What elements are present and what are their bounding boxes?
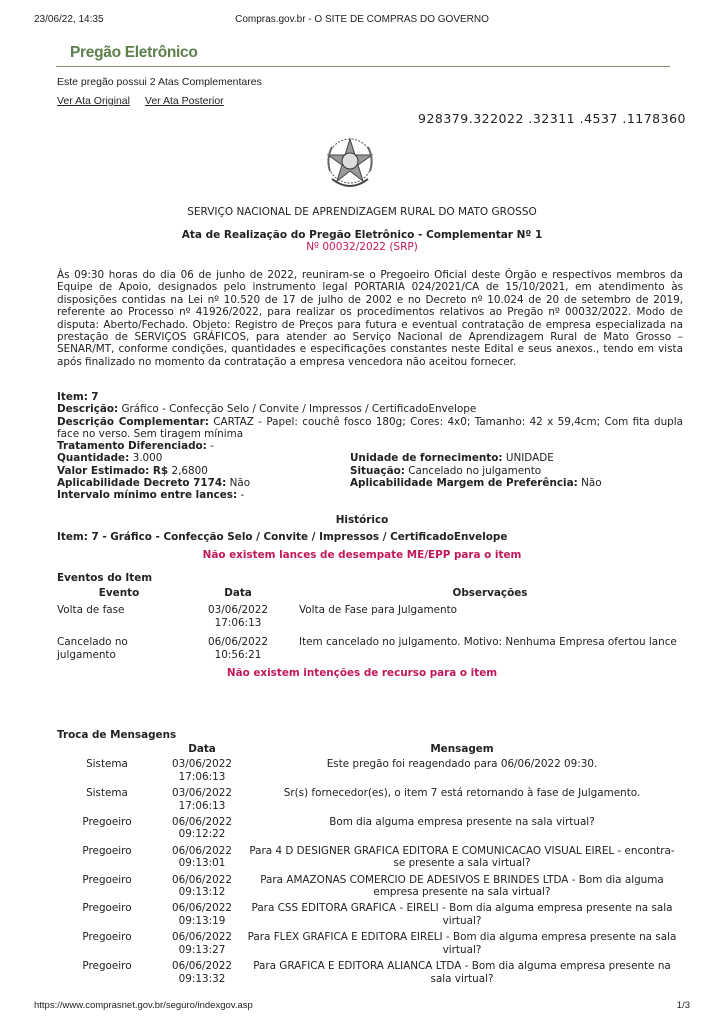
organization-name: SERVIÇO NACIONAL DE APRENDIZAGEM RURAL D… bbox=[0, 206, 724, 218]
mensagem-autor: Pregoeiro bbox=[57, 874, 157, 903]
mensagem-text: Para FLEX GRAFICA E EDITORA EIRELI - Bom… bbox=[247, 931, 677, 960]
eventos-header-data: Data bbox=[181, 587, 295, 604]
mensagem-text: Para GRAFICA E EDITORA ALIANCA LTDA - Bo… bbox=[247, 960, 677, 989]
mensagens-header-mensagem: Mensagem bbox=[247, 743, 677, 758]
eventos-title: Eventos do Item bbox=[57, 572, 152, 584]
print-page-number: 1/3 bbox=[677, 1000, 690, 1011]
item-complementary-description-row: Descrição Complementar: CARTAZ - Papel: … bbox=[57, 416, 683, 441]
item-decreto-7174: Aplicabilidade Decreto 7174: Não bbox=[57, 477, 350, 489]
item-estimated-value: Valor Estimado: R$ 2,6800 bbox=[57, 465, 350, 477]
item-number-row: Item: 7 bbox=[57, 391, 683, 403]
ver-ata-posterior-link[interactable]: Ver Ata Posterior bbox=[145, 95, 224, 107]
evento-observacao: Volta de Fase para Julgamento bbox=[295, 604, 685, 636]
ata-title: Ata de Realização do Pregão Eletrônico -… bbox=[0, 229, 724, 241]
mensagens-title: Troca de Mensagens bbox=[57, 729, 176, 741]
mensagem-row: Pregoeiro06/06/202209:13:01Para 4 D DESI… bbox=[57, 845, 677, 874]
no-desempate-notice: Não existem lances de desempate ME/EPP p… bbox=[0, 549, 724, 561]
item-unit: Unidade de fornecimento: UNIDADE bbox=[350, 452, 683, 464]
mensagem-row: Sistema03/06/202217:06:13Este pregão foi… bbox=[57, 758, 677, 787]
mensagem-autor: Pregoeiro bbox=[57, 816, 157, 845]
mensagem-row: Sistema03/06/202217:06:13Sr(s) fornecedo… bbox=[57, 787, 677, 816]
uasg-code: 928379.322022 .32311 .4537 .1178360 bbox=[418, 111, 686, 126]
mensagem-text: Para 4 D DESIGNER GRAFICA EDITORA E COMU… bbox=[247, 845, 677, 874]
item-tratamento-row: Tratamento Diferenciado: - bbox=[57, 440, 683, 452]
evento-observacao: Item cancelado no julgamento. Motivo: Ne… bbox=[295, 636, 685, 668]
intro-paragraph: Às 09:30 horas do dia 06 de junho de 202… bbox=[57, 269, 683, 368]
evento-row: Volta de fase03/06/202217:06:13Volta de … bbox=[57, 604, 685, 636]
mensagem-text: Para AMAZONAS COMERCIO DE ADESIVOS E BRI… bbox=[247, 874, 677, 903]
item-margem-preferencia: Aplicabilidade Margem de Preferência: Nã… bbox=[350, 477, 683, 489]
coat-of-arms-icon bbox=[318, 131, 382, 195]
mensagem-text: Sr(s) fornecedor(es), o item 7 está reto… bbox=[247, 787, 677, 816]
mensagem-date: 06/06/202209:13:27 bbox=[157, 931, 247, 960]
print-page-title: Compras.gov.br - O SITE DE COMPRAS DO GO… bbox=[34, 14, 690, 25]
mensagem-date: 06/06/202209:13:12 bbox=[157, 874, 247, 903]
mensagem-autor: Sistema bbox=[57, 758, 157, 787]
eventos-header-observacoes: Observações bbox=[295, 587, 685, 604]
mensagem-autor: Sistema bbox=[57, 787, 157, 816]
evento-name: Volta de fase bbox=[57, 604, 181, 636]
mensagem-date: 03/06/202217:06:13 bbox=[157, 758, 247, 787]
historico-title: Histórico bbox=[0, 514, 724, 526]
mensagem-text: Para CSS EDITORA GRAFICA - EIRELI - Bom … bbox=[247, 902, 677, 931]
item-description-row: Descrição: Gráfico - Confecção Selo / Co… bbox=[57, 403, 683, 415]
mensagem-row: Pregoeiro06/06/202209:12:22Bom dia algum… bbox=[57, 816, 677, 845]
atas-note: Este pregão possui 2 Atas Complementares bbox=[57, 76, 262, 88]
mensagem-date: 06/06/202209:12:22 bbox=[157, 816, 247, 845]
item-details: Item: 7 Descrição: Gráfico - Confecção S… bbox=[57, 391, 683, 502]
mensagem-text: Este pregão foi reagendado para 06/06/20… bbox=[247, 758, 677, 787]
mensagem-autor: Pregoeiro bbox=[57, 845, 157, 874]
page-title: Pregão Eletrônico bbox=[56, 44, 670, 67]
mensagem-row: Pregoeiro06/06/202209:13:32Para GRAFICA … bbox=[57, 960, 677, 989]
item-quantity: Quantidade: 3.000 bbox=[57, 452, 350, 464]
mensagem-row: Pregoeiro06/06/202209:13:12Para AMAZONAS… bbox=[57, 874, 677, 903]
mensagem-row: Pregoeiro06/06/202209:13:27Para FLEX GRA… bbox=[57, 931, 677, 960]
eventos-header-evento: Evento bbox=[57, 587, 181, 604]
mensagens-table: Data Mensagem Sistema03/06/202217:06:13E… bbox=[57, 743, 677, 989]
ver-ata-original-link[interactable]: Ver Ata Original bbox=[57, 95, 130, 107]
historico-item-line: Item: 7 - Gráfico - Confecção Selo / Con… bbox=[57, 531, 507, 543]
evento-date: 06/06/202210:56:21 bbox=[181, 636, 295, 668]
print-url: https://www.comprasnet.gov.br/seguro/ind… bbox=[34, 1000, 253, 1011]
mensagem-date: 06/06/202209:13:32 bbox=[157, 960, 247, 989]
evento-row: Cancelado no julgamento06/06/202210:56:2… bbox=[57, 636, 685, 668]
mensagem-autor: Pregoeiro bbox=[57, 902, 157, 931]
mensagem-text: Bom dia alguma empresa presente na sala … bbox=[247, 816, 677, 845]
ata-number: Nº 00032/2022 (SRP) bbox=[0, 241, 724, 253]
no-recurso-notice: Não existem intenções de recurso para o … bbox=[0, 667, 724, 679]
mensagem-date: 06/06/202209:13:19 bbox=[157, 902, 247, 931]
item-intervalo-lances: Intervalo mínimo entre lances: - bbox=[57, 489, 683, 501]
evento-date: 03/06/202217:06:13 bbox=[181, 604, 295, 636]
atas-links: Ver Ata Original Ver Ata Posterior bbox=[57, 95, 236, 107]
mensagens-header-data: Data bbox=[157, 743, 247, 758]
mensagem-date: 06/06/202209:13:01 bbox=[157, 845, 247, 874]
mensagem-date: 03/06/202217:06:13 bbox=[157, 787, 247, 816]
item-status: Situação: Cancelado no julgamento bbox=[350, 465, 683, 477]
mensagens-header-autor bbox=[57, 743, 157, 758]
evento-name: Cancelado no julgamento bbox=[57, 636, 181, 668]
mensagem-autor: Pregoeiro bbox=[57, 931, 157, 960]
eventos-table: Evento Data Observações Volta de fase03/… bbox=[57, 587, 685, 668]
mensagem-row: Pregoeiro06/06/202209:13:19Para CSS EDIT… bbox=[57, 902, 677, 931]
mensagem-autor: Pregoeiro bbox=[57, 960, 157, 989]
